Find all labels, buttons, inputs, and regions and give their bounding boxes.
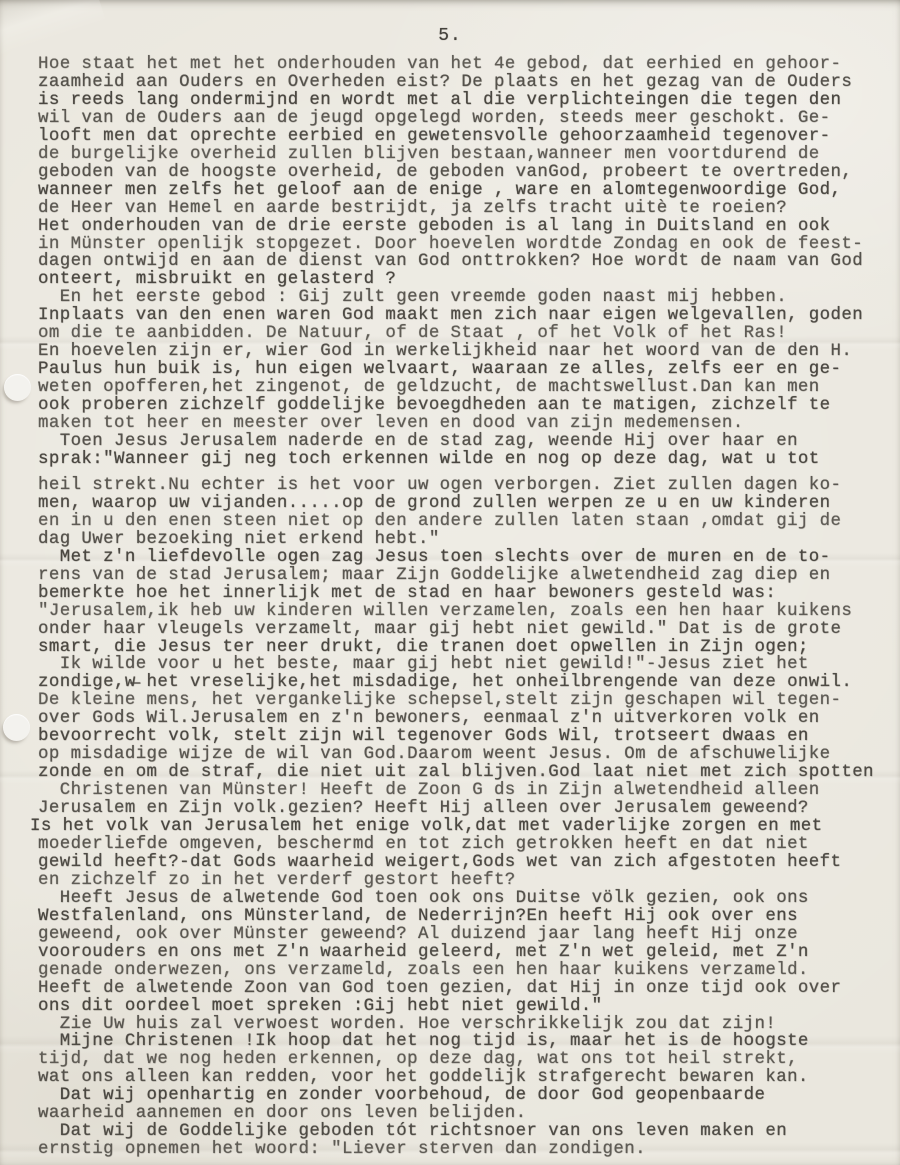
text-line: Is het volk van Jerusalem het enige volk… bbox=[30, 818, 894, 836]
text-line: bevoorrecht volk, stelt zijn wil tegenov… bbox=[38, 728, 894, 746]
text-line: ernstig opnemen het woord: "Liever sterv… bbox=[38, 1141, 894, 1159]
text-line: Ik wilde voor u het beste, maar gij hebt… bbox=[38, 656, 894, 674]
text-line: Mijne Christenen !Ik hoop dat het nog ti… bbox=[38, 1033, 894, 1051]
text-line: Jerusalem en Zijn volk.gezien? Heeft Hij… bbox=[38, 800, 894, 818]
text-line: Heeft Jesus de alwetende God toen ook on… bbox=[38, 890, 894, 908]
text-line: ook proberen zichzelf goddelijke bevoegd… bbox=[38, 397, 894, 415]
text-line: om die te aanbidden. De Natuur, of de St… bbox=[38, 325, 894, 343]
text-line: zaamheid aan Ouders en Overheden eist? D… bbox=[38, 74, 894, 92]
text-line: zonde en om de straf, die niet uit zal b… bbox=[38, 764, 894, 782]
text-line: weten opofferen,het zingenot, de geldzuc… bbox=[38, 379, 894, 397]
text-line: En hoevelen zijn er, wier God in werkeli… bbox=[38, 343, 894, 361]
text-line: genade onderwezen, ons verzameld, zoals … bbox=[38, 962, 894, 980]
text-line: En het eerste gebod : Gij zult geen vree… bbox=[38, 289, 894, 307]
text-line: maken tot heer en meester over leven en … bbox=[38, 415, 894, 433]
text-line: en in u den enen steen niet op den ander… bbox=[38, 513, 894, 531]
text-line: bemerkte hoe het innerlijk met de stad e… bbox=[38, 585, 894, 603]
text-line: moederliefde omgeven, beschermd en tot z… bbox=[38, 836, 894, 854]
text-line: sprak:"Wanneer gij neg toch erkennen wil… bbox=[38, 451, 894, 469]
text-line: waarheid aannemen en door ons leven beli… bbox=[38, 1105, 894, 1123]
text-line: geweend, ook over Münster geweend? Al du… bbox=[38, 926, 894, 944]
text-line: Met z'n liefdevolle ogen zag Jesus toen … bbox=[38, 549, 894, 567]
text-line: de burgelijke overheid zullen blijven be… bbox=[38, 146, 894, 164]
text-line: wanneer men zelfs het geloof aan de enig… bbox=[38, 182, 894, 200]
text-line: De kleine mens, het vergankelijke scheps… bbox=[38, 692, 894, 710]
text-line: is reeds lang ondermijnd en wordt met al… bbox=[38, 92, 894, 110]
text-line: dag Uwer bezoeking niet erkend hebt." bbox=[38, 531, 894, 549]
text-line: in Münster openlijk stopgezet. Door hoev… bbox=[38, 236, 894, 254]
text-line: heil strekt.Nu echter is het voor uw oge… bbox=[38, 477, 894, 495]
text-line: ons dit oordeel moet spreken :Gij hebt n… bbox=[38, 998, 894, 1016]
text-line: wat ons alleen kan redden, voor het godd… bbox=[38, 1069, 894, 1087]
text-line: Het onderhouden van de drie eerste gebod… bbox=[38, 218, 894, 236]
text-line: wil van de Ouders aan de jeugd opgelegd … bbox=[38, 110, 894, 128]
text-line: Dat wij de Goddelijke geboden tót richts… bbox=[38, 1123, 894, 1141]
hole-punch-top bbox=[4, 374, 31, 401]
text-line: Hoe staat het met het onderhouden van he… bbox=[38, 56, 894, 74]
scanned-typewritten-page: 5. Hoe staat het met het onderhouden van… bbox=[0, 0, 900, 1165]
text-line: Zie Uw huis zal verwoest worden. Hoe ver… bbox=[38, 1016, 894, 1034]
text-line: onder haar vleugels verzamelt, maar gij … bbox=[38, 621, 894, 639]
text-line: over Gods Wil.Jerusalem en z'n bewoners,… bbox=[38, 710, 894, 728]
text-line: Christenen van Münster! Heeft de Zoon G … bbox=[38, 782, 894, 800]
text-line: op misdadige wijze de wil van God.Daarom… bbox=[38, 746, 894, 764]
text-line: Paulus hun buik is, hun eigen welvaart, … bbox=[38, 361, 894, 379]
text-line: en zichzelf zo in het verderf gestort he… bbox=[38, 872, 894, 890]
text-line: voorouders en ons met Z'n waarheid gelee… bbox=[38, 944, 894, 962]
text-line: tijd, dat we nog heden erkennen, op deze… bbox=[38, 1051, 894, 1069]
document-lines: Hoe staat het met het onderhouden van he… bbox=[38, 56, 894, 1159]
text-line: geboden van de hoogste overheid, de gebo… bbox=[38, 164, 894, 182]
text-line: "Jerusalem,ik heb uw kinderen willen ver… bbox=[38, 603, 894, 621]
text-line: zondige,w̶ het vreselijke,het misdadige,… bbox=[38, 674, 894, 692]
text-line: gewild heeft?-dat Gods waarheid weigert,… bbox=[38, 854, 894, 872]
text-line: Dat wij openhartig en zonder voorbehoud,… bbox=[38, 1087, 894, 1105]
text-line: Toen Jesus Jerusalem naderde en de stad … bbox=[38, 433, 894, 451]
hole-punch-bottom bbox=[3, 714, 30, 741]
text-line: dagen ontwijd en aan de dienst van God o… bbox=[38, 253, 894, 271]
text-line: de Heer van Hemel en aarde bestrijdt, ja… bbox=[38, 200, 894, 218]
text-line: rens van de stad Jerusalem; maar Zijn Go… bbox=[38, 567, 894, 585]
text-line: men, waarop uw vijanden.....op de grond … bbox=[38, 495, 894, 513]
text-line: Westfalenland, ons Münsterland, de Neder… bbox=[38, 908, 894, 926]
text-line: looft men dat oprechte eerbied en gewete… bbox=[38, 128, 894, 146]
text-line: smart, die Jesus ter neer drukt, die tra… bbox=[38, 639, 894, 657]
text-line: onteert, misbruikt en gelasterd ? bbox=[38, 271, 894, 289]
text-line: Inplaats van den enen waren God maakt me… bbox=[38, 307, 894, 325]
page-number: 5. bbox=[0, 26, 900, 46]
text-line: Heeft de alwetende Zoon van God toen gez… bbox=[38, 980, 894, 998]
